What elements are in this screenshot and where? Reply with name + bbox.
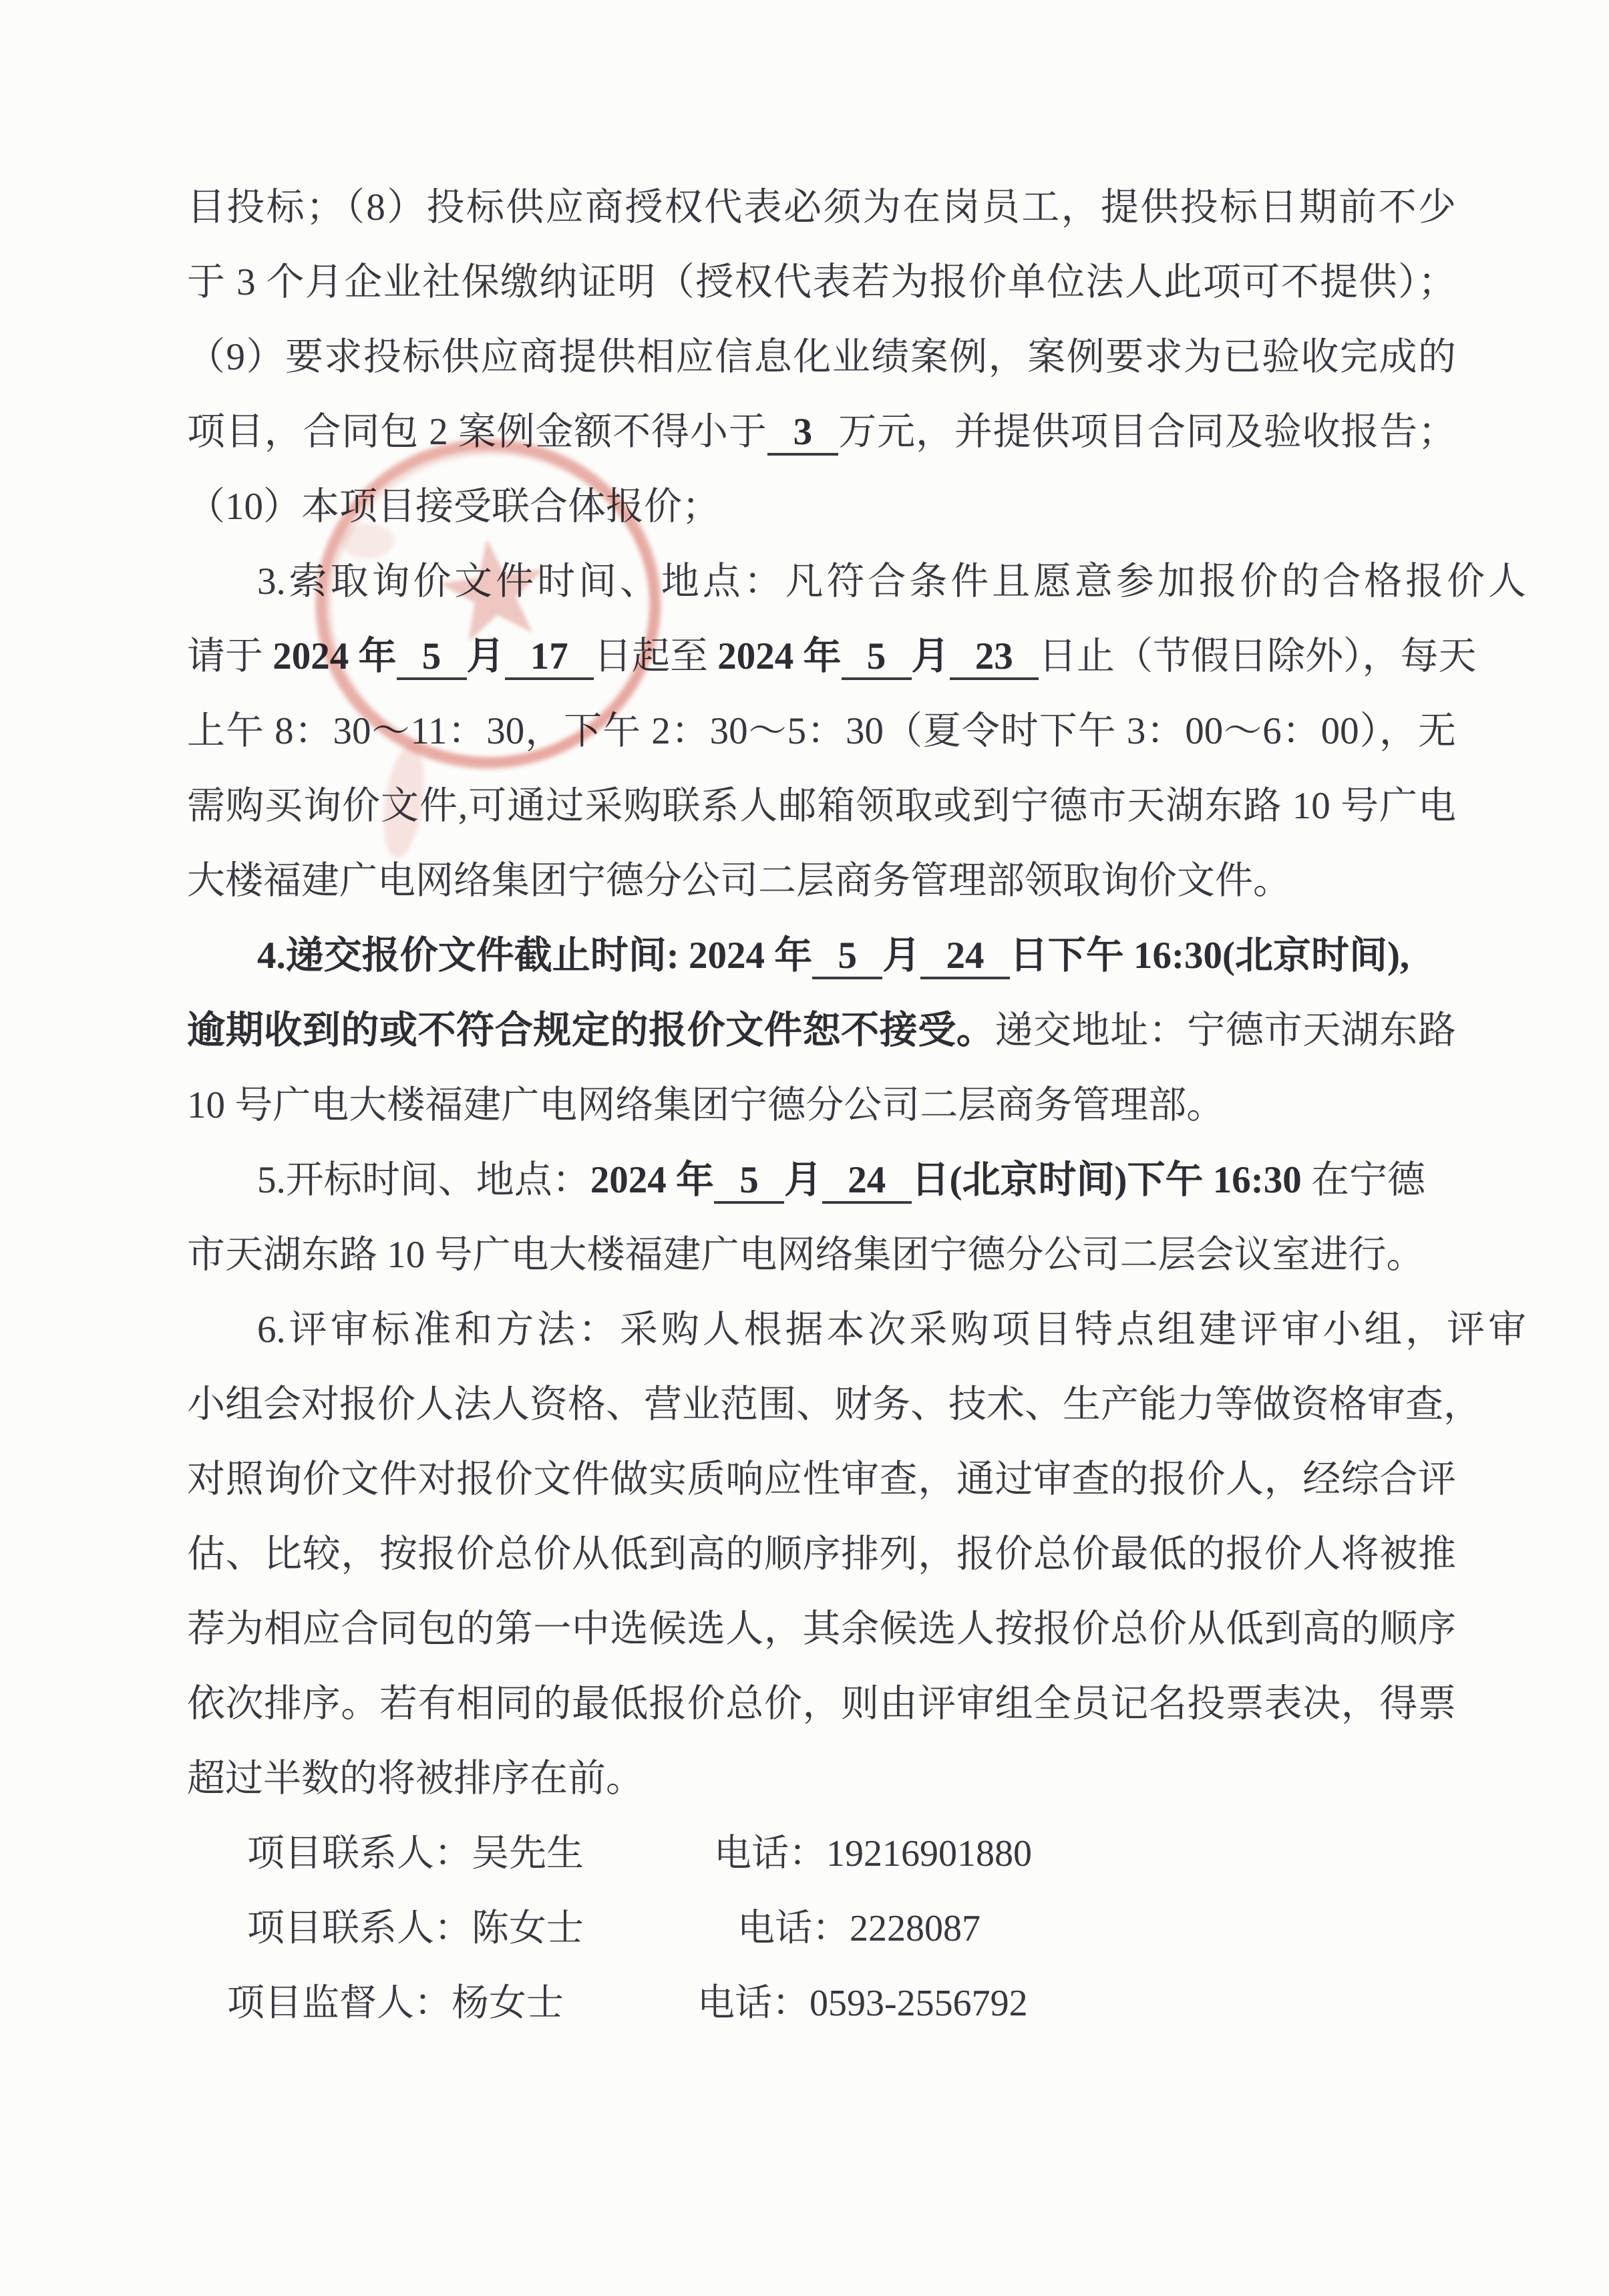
text-segment: 项目，合同包 2 案例金额不得小于 xyxy=(187,411,767,453)
doc-line: 小组会对报价人法人资格、营业范围、财务、技术、生产能力等做资格审查， xyxy=(187,1379,1456,1431)
text-segment: 2024 年 xyxy=(273,635,396,677)
filled-blank-field: 24 xyxy=(920,935,1010,979)
text-segment: 估、比较，按报价总价从低到高的顺序排列，报价总价最低的报价人将被推 xyxy=(187,1533,1456,1575)
text-segment: 月 xyxy=(784,1159,822,1201)
text-segment: 月 xyxy=(882,935,920,977)
text-segment: 6.评审标准和方法：采购人根据本次采购项目特点组建评审小组，评审 xyxy=(257,1309,1526,1351)
filled-blank-field: 5 xyxy=(714,1159,784,1204)
contact-line: 项目联系人：吴先生电话：19216901880 xyxy=(187,1828,1516,1880)
doc-line: 需购买询价文件,可通过采购联系人邮箱领取或到宁德市天湖东路 10 号广电 xyxy=(187,780,1456,832)
doc-line: 3.索取询价文件时间、地点：凡符合条件且愿意参加报价的合格报价人 xyxy=(187,556,1526,608)
doc-line: 项目，合同包 2 案例金额不得小于 3 万元，并提供项目合同及验收报告； xyxy=(187,406,1456,458)
filled-blank-field: 5 xyxy=(842,635,912,680)
text-segment: 日起至 xyxy=(594,635,717,677)
text-segment: 项目联系人：陈女士 xyxy=(247,1908,584,1949)
doc-line: 依次排序。若有相同的最低报价总价，则由评审组全员记名投票表决，得票 xyxy=(187,1678,1456,1730)
text-segment: 项目监督人：杨女士 xyxy=(227,1983,564,2024)
text-segment: 3.索取询价文件时间、地点：凡符合条件且愿意参加报价的合格报价人 xyxy=(257,560,1526,603)
text-segment: 日止（节假日除外），每天 xyxy=(1039,635,1477,677)
doc-line: 估、比较，按报价总价从低到高的顺序排列，报价总价最低的报价人将被推 xyxy=(187,1528,1456,1581)
text-segment: 2024 年 xyxy=(590,1159,714,1201)
doc-line: 大楼福建广电网络集团宁德分公司二层商务管理部领取询价文件。 xyxy=(187,855,1456,907)
doc-line: 上午 8：30～11：30，下午 2：30～5：30（夏令时下午 3：00～6：… xyxy=(187,705,1456,758)
text-segment: 月 xyxy=(467,635,505,677)
doc-line: 10 号广电大楼福建广电网络集团宁德分公司二层商务管理部。 xyxy=(187,1080,1456,1132)
contact-line: 项目联系人：陈女士电话：2228087 xyxy=(187,1903,1516,1955)
text-segment: 4.递交报价文件截止时间: xyxy=(257,935,689,977)
text-segment: 日下午 16:30(北京时间), xyxy=(1010,935,1409,977)
doc-line: 5.开标时间、地点：2024 年 5 月 24 日(北京时间)下午 16:30 … xyxy=(187,1154,1526,1206)
doc-line: （9）要求投标供应商提供相应信息化业绩案例，案例要求为已验收完成的 xyxy=(187,331,1456,383)
filled-blank-field: 24 xyxy=(822,1159,912,1204)
doc-line: 荐为相应合同包的第一中选候选人，其余候选人按报价总价从低到高的顺序 xyxy=(187,1603,1456,1655)
doc-line: 目投标；（8）投标供应商授权代表必须为在岗员工，提供投标日期前不少 xyxy=(187,182,1456,234)
text-segment: 小组会对报价人法人资格、营业范围、财务、技术、生产能力等做资格审查， xyxy=(187,1383,1481,1426)
contact-line: 项目监督人：杨女士电话：0593-2556792 xyxy=(187,1977,1496,2029)
doc-line: 于 3 个月企业社保缴纳证明（授权代表若为报价单位法人此项可不提供）； xyxy=(187,257,1456,309)
doc-line: 请于 2024 年 5 月 17 日起至 2024 年 5 月 23 日止（节假… xyxy=(187,631,1456,683)
doc-line: 逾期收到的或不符合规定的报价文件恕不接受。递交地址：宁德市天湖东路 xyxy=(187,1005,1456,1057)
text-segment: 逾期收到的或不符合规定的报价文件恕不接受。 xyxy=(187,1009,995,1051)
text-segment: 超过半数的将被排序在前。 xyxy=(187,1758,644,1800)
text-segment: 上午 8：30～11：30，下午 2：30～5：30（夏令时下午 3：00～6：… xyxy=(187,710,1456,752)
filled-blank-field: 17 xyxy=(505,635,594,680)
text-segment: 2024 年 xyxy=(717,635,841,677)
text-segment: 10 号广电大楼福建广电网络集团宁德分公司二层商务管理部。 xyxy=(187,1084,1224,1126)
filled-blank-field: 5 xyxy=(812,935,882,979)
text-segment: （9）要求投标供应商提供相应信息化业绩案例，案例要求为已验收完成的 xyxy=(187,336,1456,378)
text-segment: 电话：19216901880 xyxy=(714,1833,1032,1874)
filled-blank-field: 23 xyxy=(950,635,1039,680)
text-segment: 市天湖东路 10 号广电大楼福建广电网络集团宁德分公司二层会议室进行。 xyxy=(187,1234,1425,1276)
text-segment: 月 xyxy=(912,635,950,677)
text-segment: 电话：2228087 xyxy=(737,1908,980,1949)
filled-blank-field: 3 xyxy=(767,411,839,456)
text-segment: 项目联系人：吴先生 xyxy=(247,1833,584,1874)
text-segment: 对照询价文件对报价文件做实质响应性审查，通过审查的报价人，经综合评 xyxy=(187,1458,1456,1500)
text-segment: 日(北京时间)下午 16:30 xyxy=(912,1159,1302,1201)
filled-blank-field: 5 xyxy=(397,635,467,680)
text-segment: 大楼福建广电网络集团宁德分公司二层商务管理部领取询价文件。 xyxy=(187,860,1291,902)
text-segment: 请于 xyxy=(187,635,273,677)
text-segment: 万元，并提供项目合同及验收报告； xyxy=(838,411,1456,453)
text-segment: 荐为相应合同包的第一中选候选人，其余候选人按报价总价从低到高的顺序 xyxy=(187,1608,1456,1650)
document-page: 目投标；（8）投标供应商授权代表必须为在岗员工，提供投标日期前不少于 3 个月企… xyxy=(0,0,1609,2296)
doc-line: 市天湖东路 10 号广电大楼福建广电网络集团宁德分公司二层会议室进行。 xyxy=(187,1229,1456,1281)
doc-line: 4.递交报价文件截止时间: 2024 年 5 月 24 日下午 16:30(北京… xyxy=(187,930,1526,982)
text-segment: 5.开标时间、地点： xyxy=(257,1159,590,1201)
text-segment: 目投标；（8）投标供应商授权代表必须为在岗员工，提供投标日期前不少 xyxy=(187,186,1456,228)
doc-line: （10）本项目接受联合体报价； xyxy=(187,481,1456,533)
doc-line: 超过半数的将被排序在前。 xyxy=(187,1753,1456,1805)
text-segment: 递交地址：宁德市天湖东路 xyxy=(995,1009,1456,1051)
text-segment: 2024 年 xyxy=(689,935,812,977)
doc-line: 6.评审标准和方法：采购人根据本次采购项目特点组建评审小组，评审 xyxy=(187,1304,1526,1356)
text-segment: 电话：0593-2556792 xyxy=(697,1983,1028,2024)
text-segment: 依次排序。若有相同的最低报价总价，则由评审组全员记名投票表决，得票 xyxy=(187,1683,1456,1725)
text-segment: 需购买询价文件,可通过采购联系人邮箱领取或到宁德市天湖东路 10 号广电 xyxy=(187,785,1456,827)
text-segment: 在宁德 xyxy=(1302,1159,1425,1201)
text-segment: （10）本项目接受联合体报价； xyxy=(187,486,720,528)
doc-line: 对照询价文件对报价文件做实质响应性审查，通过审查的报价人，经综合评 xyxy=(187,1454,1456,1506)
text-segment: 于 3 个月企业社保缴纳证明（授权代表若为报价单位法人此项可不提供）； xyxy=(187,261,1456,303)
